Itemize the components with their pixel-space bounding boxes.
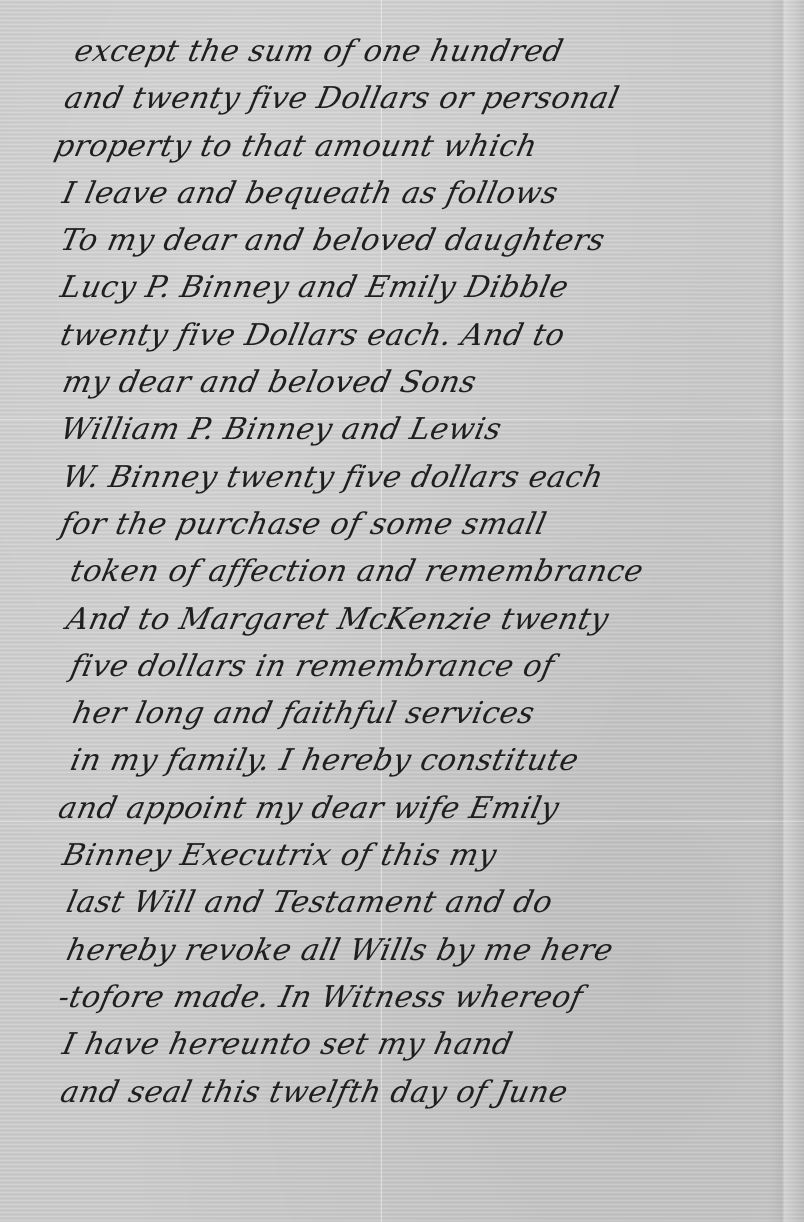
text-line: and appoint my dear wife Emily [54, 785, 804, 832]
text-line: her long and faithful services [68, 690, 804, 737]
text-line: W. Binney twenty five dollars each [58, 454, 804, 501]
text-line: I have hereunto set my hand [58, 1021, 804, 1068]
text-line: five dollars in remembrance of [66, 643, 804, 690]
text-line: except the sum of one hundred [70, 28, 804, 75]
text-line: And to Margaret McKenzie twenty [62, 596, 804, 643]
text-line: William P. Binney and Lewis [56, 406, 804, 453]
text-line: Lucy P. Binney and Emily Dibble [56, 264, 804, 311]
text-line: last Will and Testament and do [62, 879, 804, 926]
document-page: except the sum of one hundred and twenty… [0, 0, 804, 1222]
text-line: Binney Executrix of this my [58, 832, 804, 879]
handwritten-text-block: except the sum of one hundred and twenty… [70, 28, 794, 1116]
text-line: I leave and bequeath as follows [58, 170, 804, 217]
text-line: and twenty five Dollars or personal [60, 75, 804, 122]
text-line: in my family. I hereby constitute [66, 737, 804, 784]
text-line: twenty five Dollars each. And to [56, 312, 804, 359]
text-line: my dear and beloved Sons [58, 359, 804, 406]
text-line: for the purchase of some small [56, 501, 804, 548]
text-line: and seal this twelfth day of June [56, 1069, 804, 1116]
text-line: hereby revoke all Wills by me here [62, 927, 804, 974]
text-line: property to that amount which [50, 123, 804, 170]
text-line: token of affection and remembrance [66, 548, 804, 595]
text-line: -tofore made. In Witness whereof [54, 974, 804, 1021]
text-line: To my dear and beloved daughters [56, 217, 804, 264]
